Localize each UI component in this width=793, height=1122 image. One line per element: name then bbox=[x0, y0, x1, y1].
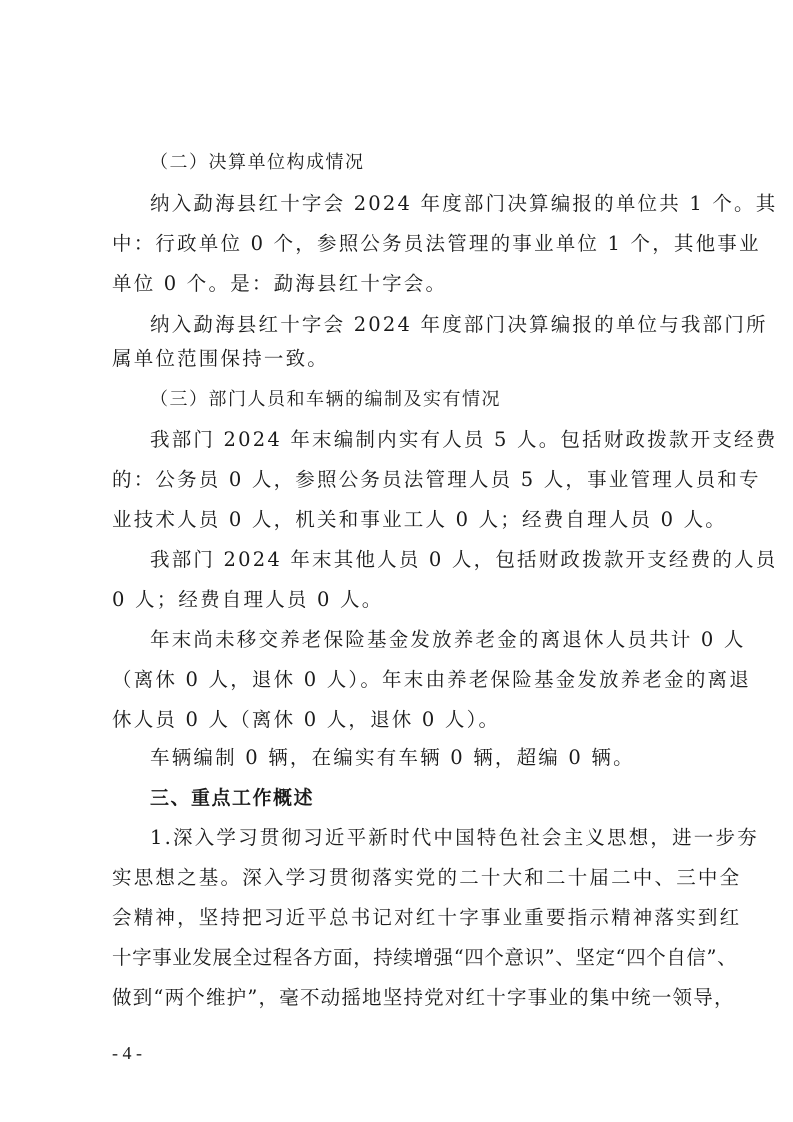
paragraph-line: 我部门 2024 年末编制内实有人员 5 人。包括财政拨款开支经费 bbox=[150, 427, 696, 453]
paragraph-line: 十字事业发展全过程各方面，持续增强“四个意识”、坚定“四个自信”、 bbox=[112, 945, 696, 971]
paragraph-line: 中：行政单位 0 个，参照公务员法管理的事业单位 1 个，其他事业 bbox=[112, 231, 696, 257]
section-heading-unit-composition: （二）决算单位构成情况 bbox=[150, 150, 734, 176]
paragraph-line: 实思想之基。深入学习贯彻落实党的二十大和二十届二中、三中全 bbox=[112, 865, 696, 891]
paragraph-line: 业技术人员 0 人，机关和事业工人 0 人；经费自理人员 0 人。 bbox=[112, 507, 696, 533]
paragraph-line: 休人员 0 人（离休 0 人，退休 0 人）。 bbox=[112, 707, 696, 733]
paragraph-line: 单位 0 个。是：勐海县红十字会。 bbox=[112, 271, 696, 297]
document-page: （二）决算单位构成情况 纳入勐海县红十字会 2024 年度部门决算编报的单位共 … bbox=[0, 0, 793, 1122]
paragraph-line: 我部门 2024 年末其他人员 0 人，包括财政拨款开支经费的人员 bbox=[150, 547, 696, 573]
paragraph-line: 会精神，坚持把习近平总书记对红十字事业重要指示精神落实到红 bbox=[112, 905, 696, 931]
paragraph-line: 1.深入学习贯彻习近平新时代中国特色社会主义思想，进一步夯 bbox=[150, 825, 696, 851]
paragraph-line: （离休 0 人，退休 0 人）。年末由养老保险基金发放养老金的离退 bbox=[112, 667, 696, 693]
section-heading-staff-vehicles: （三）部门人员和车辆的编制及实有情况 bbox=[150, 387, 734, 413]
paragraph-line: 年末尚未移交养老保险基金发放养老金的离退休人员共计 0 人 bbox=[150, 627, 696, 653]
section-heading-key-work: 三、重点工作概述 bbox=[150, 785, 734, 811]
paragraph-line: 0 人；经费自理人员 0 人。 bbox=[112, 587, 696, 613]
paragraph-line: 属单位范围保持一致。 bbox=[112, 346, 696, 372]
paragraph-line: 纳入勐海县红十字会 2024 年度部门决算编报的单位与我部门所 bbox=[150, 312, 696, 338]
paragraph-line: 做到“两个维护”，毫不动摇地坚持党对红十字事业的集中统一领导， bbox=[112, 985, 696, 1011]
paragraph-line: 纳入勐海县红十字会 2024 年度部门决算编报的单位共 1 个。其 bbox=[150, 191, 696, 217]
paragraph-line: 的：公务员 0 人，参照公务员法管理人员 5 人，事业管理人员和专 bbox=[112, 467, 696, 493]
paragraph-line: 车辆编制 0 辆，在编实有车辆 0 辆，超编 0 辆。 bbox=[150, 745, 696, 771]
page-number: - 4 - bbox=[112, 1043, 142, 1064]
